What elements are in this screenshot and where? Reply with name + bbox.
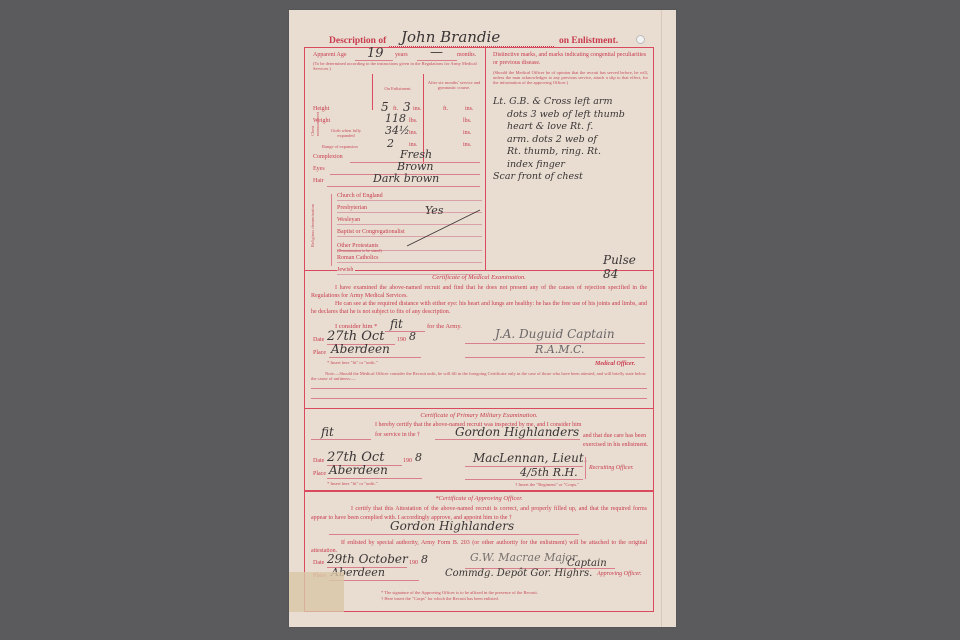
recruit-name: John Brandie (401, 28, 500, 46)
medical-date-label: Date (313, 337, 324, 343)
punch-hole (636, 35, 645, 44)
approving-year-prefix: 190 (409, 560, 418, 566)
girth-value: 34½ (385, 124, 410, 137)
medical-officer-label: Medical Officer. (595, 361, 635, 367)
hair-label: Hair (313, 178, 324, 184)
expansion-value: 2 (387, 137, 394, 150)
religion-option: Church of England (337, 189, 482, 201)
girth-ins-label-after: ins. (463, 130, 472, 136)
military-place-value: Aberdeen (329, 463, 388, 477)
approving-date-value: 29th October (327, 552, 408, 566)
religion-option: Roman Catholics (337, 251, 482, 263)
service-prefix: for service in the † (375, 432, 420, 438)
complexion-label: Complexion (313, 154, 343, 160)
medical-place-value: Aberdeen (331, 342, 390, 356)
marks-note: (Should the Medical Officer be of opinio… (493, 70, 648, 86)
distinctive-mark-line: index finger (493, 159, 653, 172)
approving-certificate-title: *Certificate of Approving Officer. (305, 495, 653, 502)
medical-officer-signature: J.A. Duguid Captain (495, 327, 615, 341)
military-certificate-title: Certificate of Primary Military Examinat… (305, 412, 653, 419)
distinctive-mark-line: heart & love Rt. f. (493, 121, 653, 134)
religion-option-label: Roman Catholics (337, 255, 381, 261)
months-label: months. (457, 52, 476, 58)
distinctive-mark-line: Scar front of chest (493, 171, 653, 184)
consider-line (385, 331, 425, 332)
approving-officer-unit: Commdg. Depôt Gor. Highrs. (445, 568, 592, 579)
service-suffix-text: and that due care has been exercised in … (583, 433, 648, 448)
column-divider (485, 48, 486, 270)
approving-regiment-value: Gordon Highlanders (390, 519, 514, 533)
lbs-label-after: lbs. (463, 118, 472, 124)
medical-certificate-section: Certificate of Medical Examination. I ha… (304, 270, 654, 409)
title-suffix: on Enlistment. (559, 36, 618, 46)
paper-stain (289, 572, 344, 612)
lbs-label: lbs. (409, 118, 418, 124)
religion-option-label: Baptist or Congregationalist (337, 229, 407, 235)
recruiting-unit-line (465, 479, 583, 480)
ft-label-after: ft. (443, 106, 448, 112)
age-months-value: — (430, 45, 443, 60)
medical-note: Note.—Should the Medical Officer conside… (311, 371, 647, 381)
ins-label: ins. (413, 106, 422, 112)
military-insert-note-2: † Insert the "Regiment" or "Corps." (515, 482, 579, 487)
distinctive-marks-list: Lt. G.B. & Cross left armdots 3 web of l… (493, 96, 653, 184)
approving-date-label: Date (313, 560, 324, 566)
service-regiment-value: Gordon Highlanders (455, 425, 579, 439)
religion-strike-line (405, 208, 485, 248)
recruiting-officer-unit: 4/5th R.H. (520, 466, 578, 479)
approving-regiment-line (329, 534, 579, 535)
medical-officer-unit: R.A.M.C. (535, 343, 585, 356)
military-fit-value: fit (321, 425, 334, 439)
medical-para-1: I have examined the above-named recruit … (311, 284, 647, 300)
girth-label: Girth when fully expanded (322, 128, 370, 138)
eyes-label: Eyes (313, 166, 325, 172)
medical-place-label: Place (313, 350, 326, 356)
distinctive-mark-line: Rt. thumb, ring. Rt. (493, 146, 653, 159)
military-date-label: Date (313, 458, 324, 464)
hair-line (327, 186, 480, 187)
col-on-enlistment: On Enlistment. (375, 86, 421, 91)
military-place-line (327, 478, 422, 479)
expansion-label: Range of expansion (322, 144, 372, 149)
approving-footnote-1: * The signature of the Approving Officer… (381, 590, 611, 595)
age-note: (To be determined according to the instr… (313, 61, 481, 71)
approving-officer-signature: G.W. Macrae Major (470, 551, 577, 564)
medical-para-2: He can see at the required distance with… (311, 300, 647, 316)
religion-option-label: Wesleyan (337, 217, 362, 223)
medical-year-prefix: 190 (397, 337, 406, 343)
medical-certificate-title: Certificate of Medical Examination. (305, 274, 653, 281)
unfit-cause-line-1 (311, 388, 647, 389)
approving-year-value: 8 (421, 553, 428, 566)
hair-value: Dark brown (373, 172, 439, 185)
consider-suffix: for the Army. (427, 323, 462, 330)
chest-label: Chest measurement (310, 106, 320, 136)
title-prefix: Description of (329, 36, 386, 46)
military-insert-note: * Insert here "fit" or "unfit." (327, 481, 378, 486)
military-certificate-section: Certificate of Primary Military Examinat… (304, 408, 654, 492)
marks-heading: Distinctive marks, and marks indicating … (493, 52, 648, 67)
service-line (435, 439, 580, 440)
enlistment-document-page: Description of John Brandie on Enlistmen… (289, 10, 676, 627)
service-suffix: and that due care has been exercised in … (583, 432, 649, 450)
age-years-value: 19 (367, 46, 384, 61)
military-place-label: Place (313, 471, 326, 477)
col-after-six-months: After six months' service and gymnastic … (426, 80, 482, 90)
religion-label: Religious denomination (310, 198, 315, 253)
years-label: years (395, 52, 408, 58)
apparent-age-label: Apparent Age (313, 52, 347, 58)
recruiting-officer-label: Recruiting Officer. (589, 465, 634, 471)
description-table: Apparent Age 19 years — months. (To be d… (304, 47, 654, 271)
medical-unit-line (465, 357, 645, 358)
religion-option-label: Presbyterian (337, 205, 369, 211)
distinctive-mark-line: dots 3 web of left thumb (493, 109, 653, 122)
consider-value: fit (390, 317, 403, 331)
distinctive-mark-line: arm. dots 2 web of (493, 134, 653, 147)
recruiting-bracket (585, 457, 586, 479)
military-fit-line (311, 439, 371, 440)
military-year-prefix: 190 (403, 458, 412, 464)
medical-year-value: 8 (409, 330, 416, 343)
approving-certificate-section: *Certificate of Approving Officer. I cer… (304, 490, 654, 612)
expansion-ins-label-after: ins. (463, 142, 472, 148)
recruiting-officer-signature: MacLennan, Lieut. (473, 451, 587, 465)
military-year-value: 8 (415, 451, 422, 464)
distinctive-mark-line: Lt. G.B. & Cross left arm (493, 96, 653, 109)
ins-label-after: ins. (465, 106, 474, 112)
approving-footnote-2: † Here insert the "Corps" for which the … (381, 596, 611, 601)
girth-ins-label: ins. (409, 130, 418, 136)
religion-bracket (331, 194, 332, 266)
unfit-cause-line-2 (311, 398, 647, 399)
approving-officer-label: Approving Officer. (597, 571, 641, 577)
medical-insert-note: * Insert here "fit" or "unfit." (327, 360, 378, 365)
medical-place-line (329, 357, 421, 358)
religion-option-label: Church of England (337, 193, 385, 199)
